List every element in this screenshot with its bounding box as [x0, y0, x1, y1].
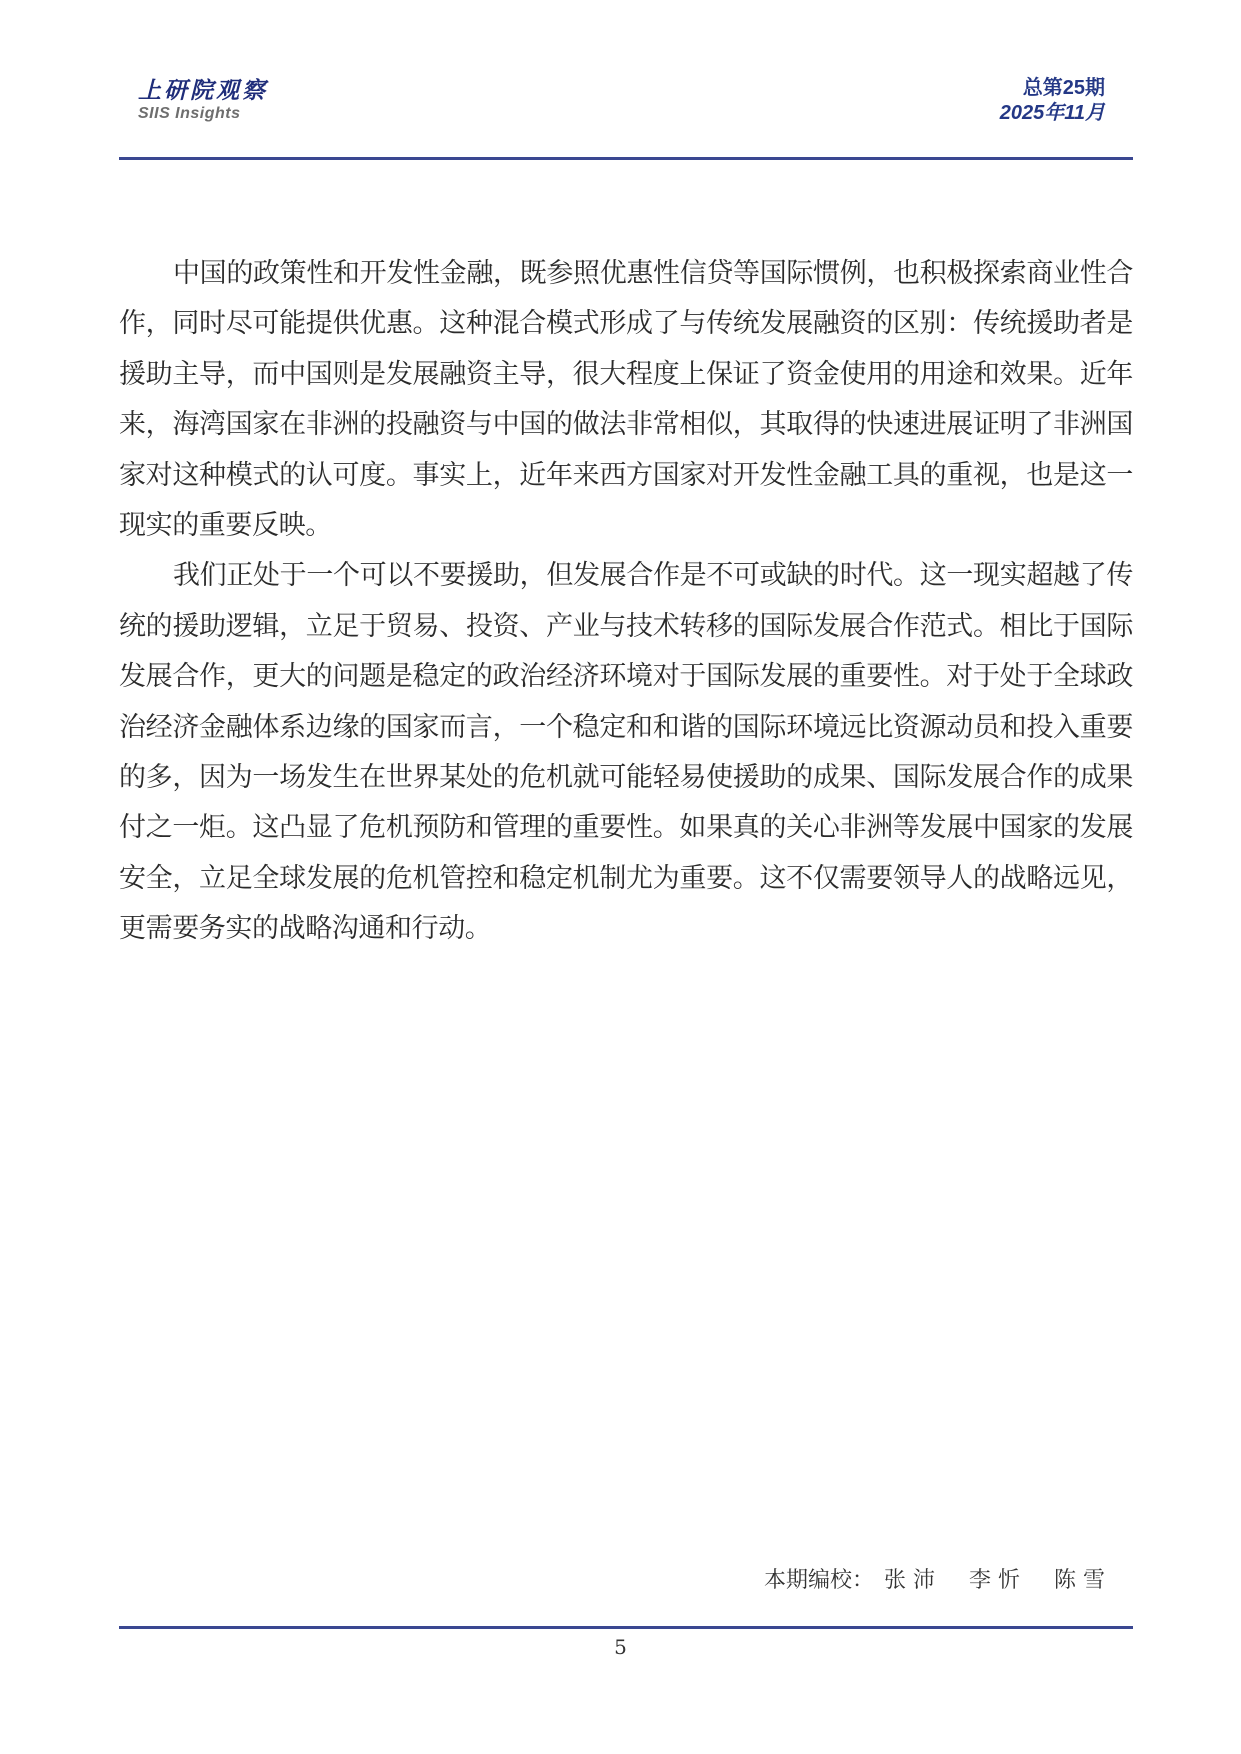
paragraph: 我们正处于一个可以不要援助，但发展合作是不可或缺的时代。这一现实超越了传统的援助…	[119, 551, 1133, 954]
editor-name: 张 沛	[884, 1568, 935, 1593]
masthead: 上研院观察 SIIS Insights	[138, 78, 268, 124]
page-number: 5	[0, 1635, 1241, 1659]
brand-title-en: SIIS Insights	[138, 104, 268, 124]
editors-credit: 本期编校：张 沛李 忻陈 雪	[764, 1563, 1105, 1594]
editors-label: 本期编校：	[764, 1568, 874, 1593]
editor-name: 陈 雪	[1054, 1568, 1105, 1593]
issue-info: 总第25期 2025年11月	[1000, 76, 1105, 126]
issue-date: 2025年11月	[1000, 101, 1105, 126]
paragraph: 中国的政策性和开发性金融，既参照优惠性信贷等国际惯例，也积极探索商业性合作，同时…	[119, 249, 1133, 551]
article-body: 中国的政策性和开发性金融，既参照优惠性信贷等国际惯例，也积极探索商业性合作，同时…	[119, 249, 1133, 955]
footer-divider	[119, 1626, 1133, 1629]
header-divider	[119, 157, 1133, 160]
issue-number: 总第25期	[1000, 76, 1105, 101]
brand-title-cn: 上研院观察	[138, 78, 268, 104]
editor-name: 李 忻	[969, 1568, 1020, 1593]
